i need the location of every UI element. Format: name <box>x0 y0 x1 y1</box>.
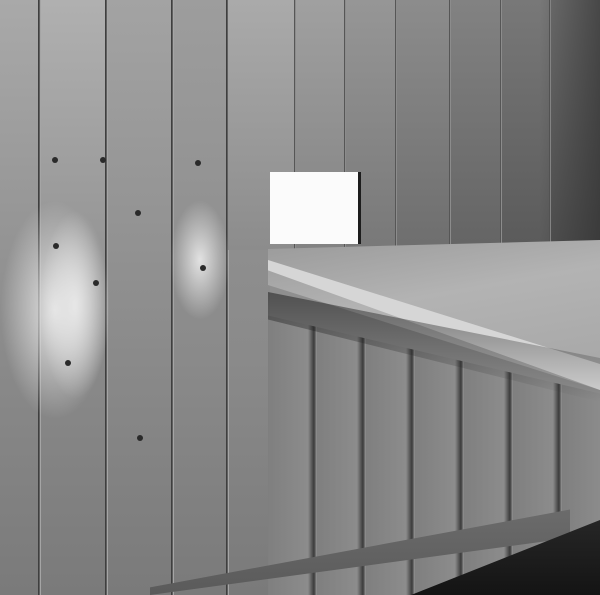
nail-hole <box>137 435 143 441</box>
nail-hole <box>135 210 141 216</box>
back-wall-plank <box>396 0 450 250</box>
nail-hole <box>93 280 99 286</box>
nail-hole <box>195 160 201 166</box>
nail-hole <box>100 157 106 163</box>
back-wall-plank <box>450 0 501 250</box>
nail-hole <box>53 243 59 249</box>
wall-plank <box>107 0 173 595</box>
nail-hole <box>65 360 71 366</box>
corner-shadow <box>540 0 600 250</box>
plank-groove <box>449 0 451 250</box>
white-card <box>270 172 358 244</box>
nail-hole <box>200 265 206 271</box>
photo-scene <box>0 0 600 595</box>
plank-groove <box>500 0 502 250</box>
water-stain <box>170 200 230 320</box>
nail-hole <box>52 157 58 163</box>
plank-groove <box>395 0 397 250</box>
plank-groove <box>171 0 174 595</box>
water-stain <box>40 210 110 400</box>
